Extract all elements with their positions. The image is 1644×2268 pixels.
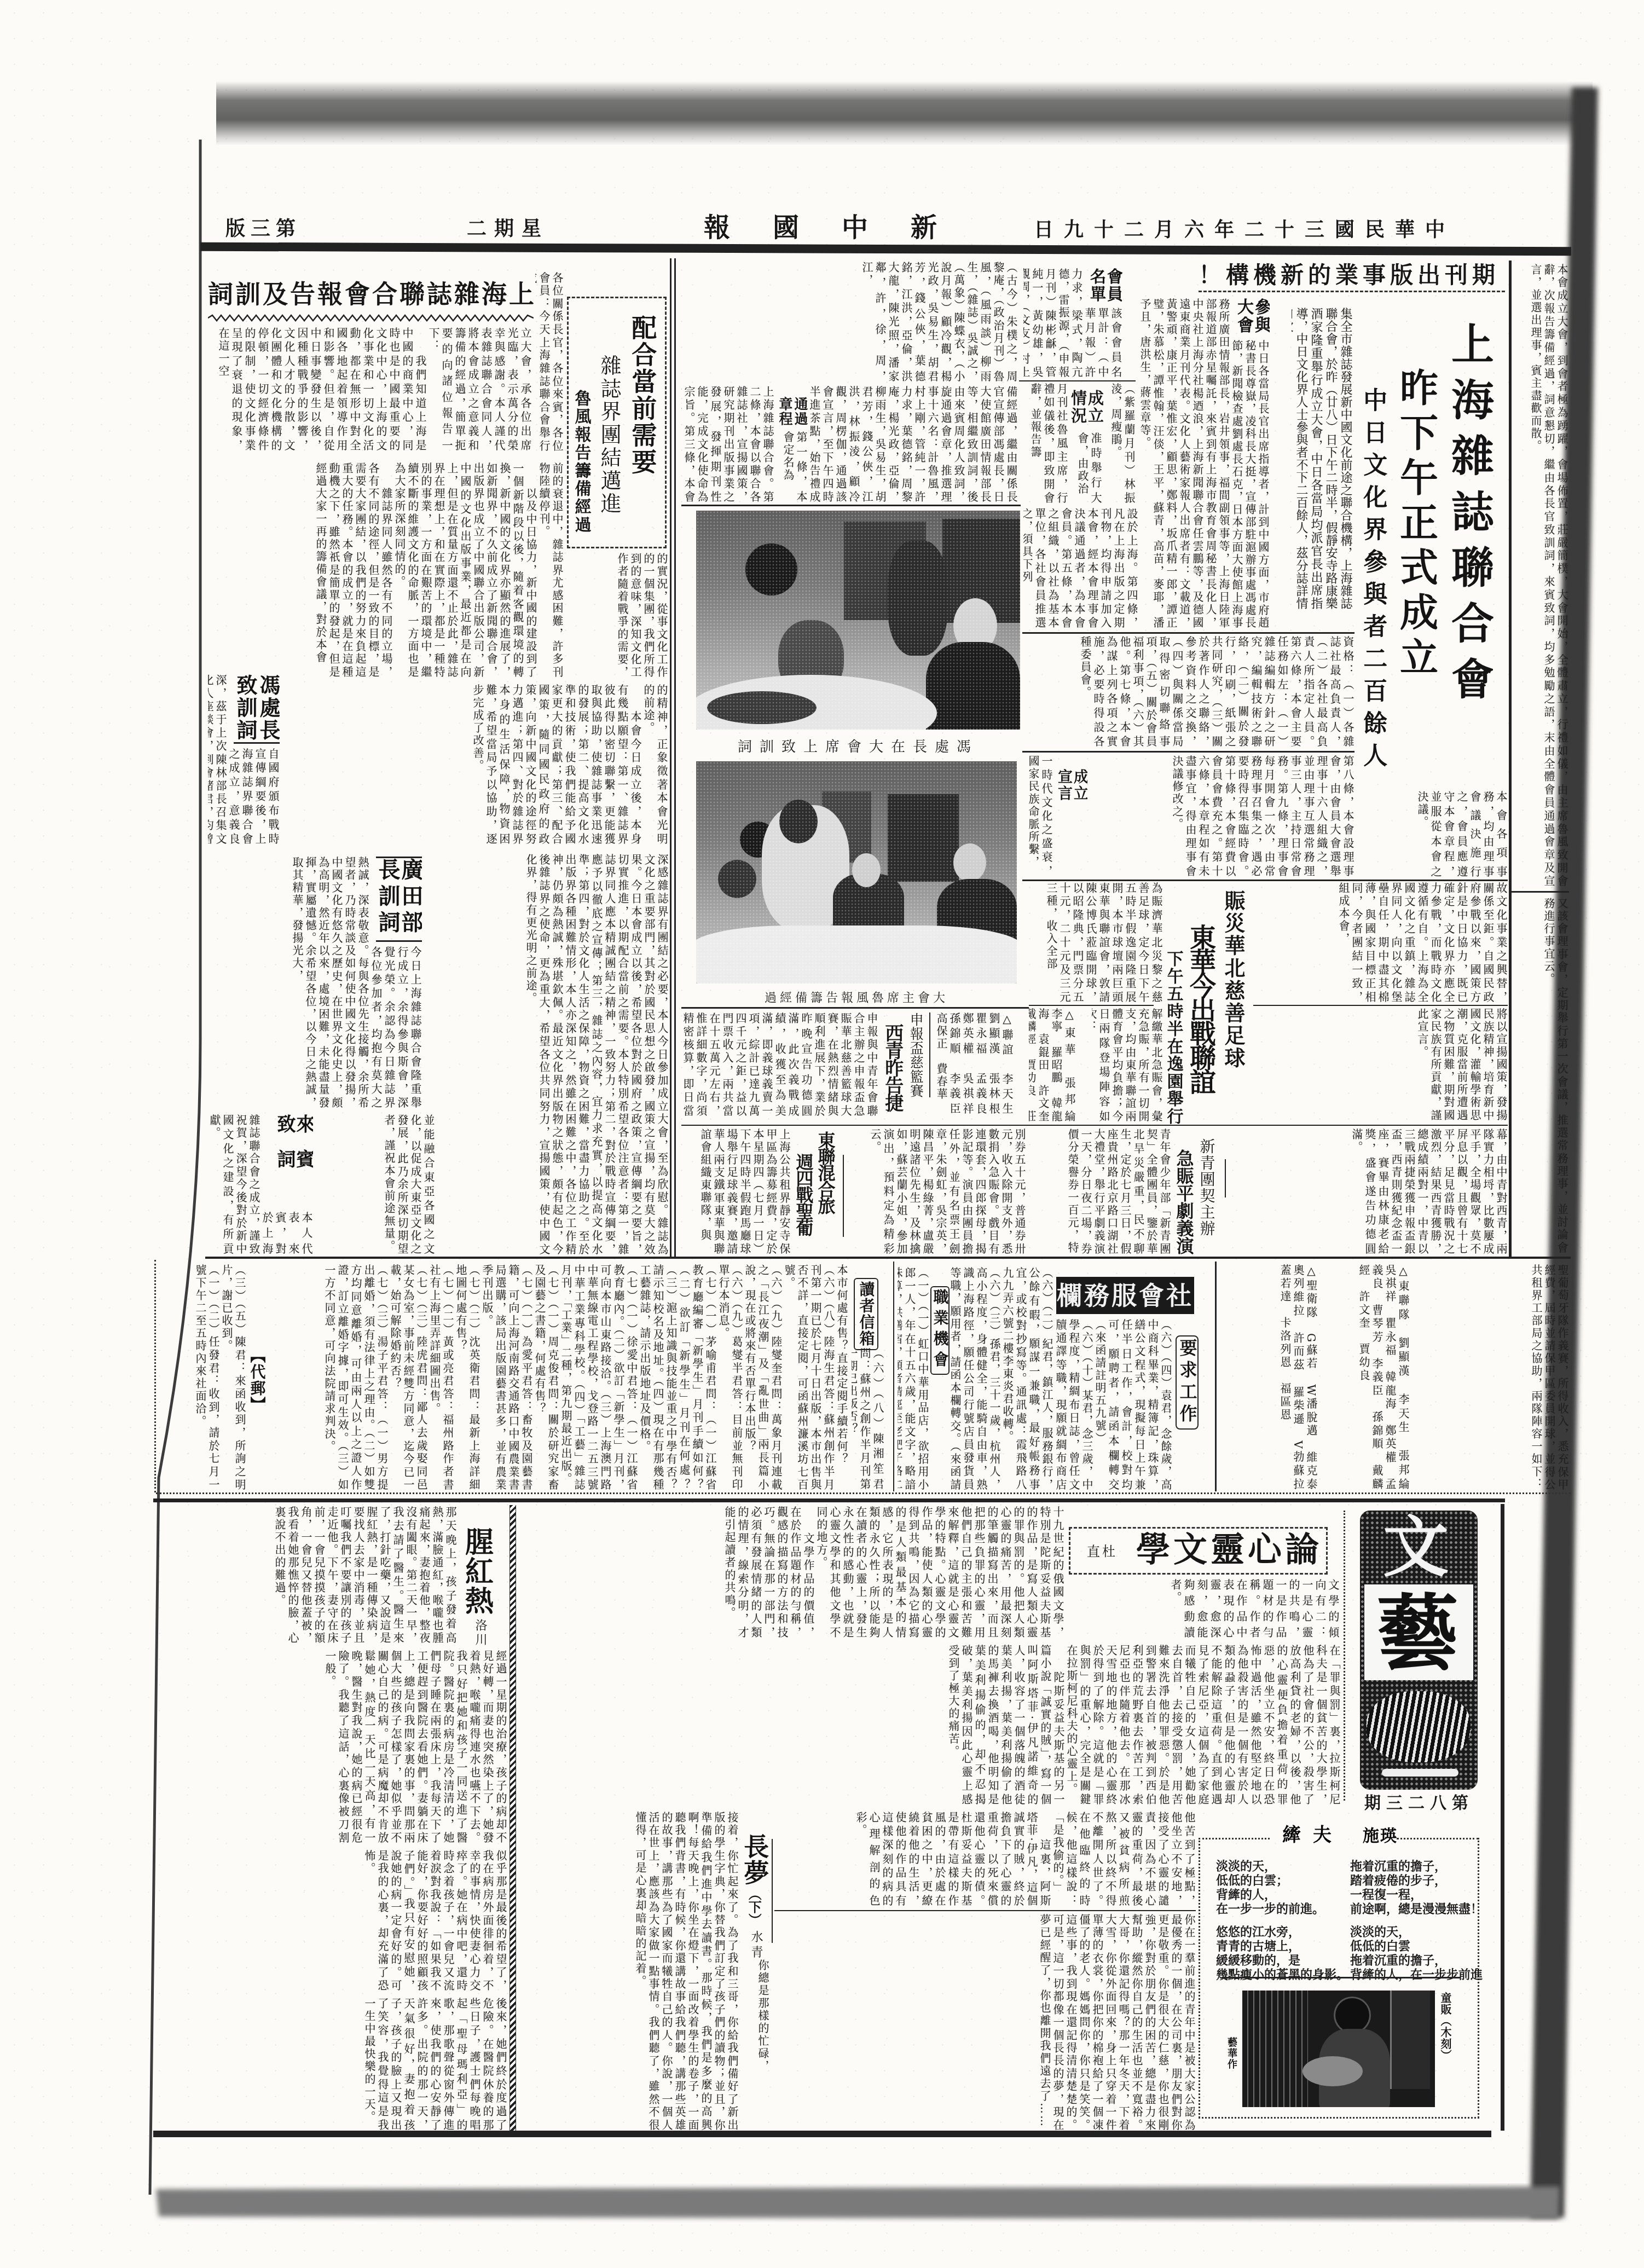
declaration-body: 故文化事業之興替，關係至鉅。自國民政府參戰以來，國策方針是中日協力，既已確定，文… [1253,882,1508,1004]
donglian-kicker: 東聯混合旅 [816,1131,835,1213]
literary-masthead: 文 藝 [1360,1511,1478,1790]
flag-shape [740,821,776,858]
report-box-subtitle: 雜誌界團結邁進 [598,355,620,516]
column-rule [893,1262,894,1491]
postal-heading: 【代郵】 [249,1347,265,1413]
figure [778,620,844,697]
speech-feng-continued: 深感雜誌界有團結之必要，本人今日參加成立大會，至為欣慰。雜誌為文化之重要部門，其… [438,854,669,1256]
table [707,691,817,724]
poem-title: 縴夫 [1282,1826,1344,1844]
charter-body: 第一條，本會定名為 [777,431,808,504]
declaration-body: 將以宣揚國策，發揚民族精神，培育新中國文化，灌輸學術思潮，克服當前所遭遇之物質困… [1253,1008,1508,1122]
basketball-body: 申報與中青年會聯合主辦之申報盃急賑華北慈善籃球大賽，在熱烈情緒與順利進展下，業於… [681,1012,878,1118]
right-column-text: 又該會理事會，定期舉行第一次會議，推選常務理事，並討論會務進行事宜云。 [1515,898,1568,1254]
essay-text: 十九世紀的俄國文學，特別是陀斯妥益夫斯基的作品，是寫人類心靈的罪與罰的。他把人類… [517,1506,1064,1639]
column-rule [929,1012,930,1097]
mailbox-heading: 讀者信箱 [854,1278,878,1350]
tiger-icon [1367,1691,1471,1762]
main-subheadline: 中日文化界參與者二百餘人 [1360,387,1385,775]
right-column-rule [1509,261,1512,1257]
report-paragraph: 前的衰退中，雜誌界尤感困難，許多刊物陸續停刊。 以及中日協力，新中國的建設到了一… [208,462,564,679]
main-headline: 上海雜誌聯合會 [1446,322,1491,713]
section-rule [1022,751,1354,753]
members-block: 會員名單該會會員名單計：（中華月報）許力求，梁式，陶亢德，雷振源，（申報月刊）陳… [1023,268,1136,379]
poem-line: 悠悠的江水旁， [1216,1925,1348,1940]
figure [926,642,1020,730]
report-box-title: 配合當前需要 [629,315,656,476]
lineup-lianyi: △聯誼 李天生 劉顯漢 張林根 瞿永福 孟義良 鄭英權 吳祺祥 孫錦順 李義臣 … [933,1012,1027,1115]
figure [852,853,881,887]
poem-author: 施瑛 [1363,1828,1398,1844]
poem-rule [1222,1977,1460,1978]
column-rule [1215,1262,1217,1491]
poem-line: 背縴的人， [1216,1888,1324,1902]
story2-part: （下） [746,1887,760,1926]
declaration-heading: 成立宣言 [1055,769,1087,803]
essay-author: 杜直 [1087,1545,1118,1558]
section-rule [1253,1005,1508,1006]
story1-title: 腥紅熱 [461,1527,491,1616]
poem-line: 緩緩移動的，是 [1216,1954,1348,1968]
lineup-team: △聯誼 [1000,1012,1014,1059]
basketball-body-end: 幕，由中青對西青，兩隊實力相埒，比數屢成平手，全場觀眾，莫不屏息以觀，且曾有十七… [1229,1129,1508,1255]
issue-number: 第八二三期 [1364,1795,1474,1812]
football-body: 解繳華北急賑會，彙充急賑，所有一切開支，均由東華聯誼兩體育會平均負擔；今日兩隊登… [1092,1008,1163,1123]
story2-text: 接着，你忙起來了。為了我和三哥，你給我們備好了新出版的學生字典，你替我們訂定了孩… [517,1812,739,2132]
essay-text: 文學的傾向有二：一是心靈的共鳴，一是作品題材的勻稱。作者在作品中表現的心靈，愈深… [1069,1579,1340,1639]
poem-line: 背縴的人，在一步步前進 [1350,1968,1483,1982]
section-rule [1022,880,1508,881]
football-headline: 東華今出戰聯誼 [1186,924,1214,1092]
section-rule [774,1910,1196,1911]
declaration-body: 一時代文化之盛衰，國家民族命脈所繫， [1029,755,1053,878]
poem-line: 淡淡的天， [1350,1925,1483,1940]
attendance-body: 中日各當局長官出席指導者，計到中國方面，市府趙秘書長尊嶽，凌科長大挺，宣傳部駐滬… [1139,298,1270,629]
woodcut-basket [1303,2056,1363,2086]
woodcut-image [1242,1991,1435,2107]
speech-hirota-continued: 並能融合東亞各國之文化，以促成大東亞文化之發展，此乃余所深切期望者，謹祝本會前途… [328,1114,435,1255]
story2-title: 長夢 [742,1833,768,1886]
section-rule [1029,1005,1154,1006]
charter-body: 資格：（一）各雜誌社最高負責人，（二）各社最高負責人所指定人員。第六條，本會主要… [1029,636,1354,748]
poem-line: 低低的白雲； [1216,1874,1324,1888]
opera-headline: 急賑平劇義演 [1174,1149,1193,1254]
figure [779,800,818,843]
story-lead: 集全市雜誌發展新中國文化前途之聯合機構，上海雜誌聯合會，於昨（廿八）日下午二時半… [1292,308,1353,610]
woodcut-caption: 童販（木刻） [1439,1992,1451,2061]
football-kicker: 賑災華北慈善足球 [1222,890,1243,1069]
postal-body: （三）（五）陳君：來函收到，所詢之明片，謝已收到。 （一）（二）任發君：收到，請… [164,1264,246,1491]
frame-right [1501,1504,1504,2131]
column-rule [1225,1159,1226,1197]
speech-hirota-heading: 廣田部長訓詞 [376,857,422,942]
proceedings-body: 月刊社魯風主席，行禮如儀後，即致開會辭，並報告籌 [1023,383,1068,505]
band-border [154,1260,156,1492]
masthead-char-wen: 文 [1383,1515,1449,1581]
job-offers-heading: 職業機會 [930,1286,950,1375]
donglian-headline: 週四戰聖葡 [794,1153,813,1235]
column-double-rule [670,258,672,1257]
column-double-rule [674,258,676,1257]
charter-body: 設於上海。第四條，凡在上海出版之定期刊物，均得申請加入本會，經本會理事會決議通過… [1023,508,1138,629]
section-rule [681,1125,1508,1126]
table [696,925,1017,983]
report-opening: 各位關係長官，各位來賓，各位會員：今天上海雜誌聯合會舉行成 [535,272,564,453]
issue-date: 中華民國三十二年六月二十九日 [1034,220,1455,240]
football-subheadline: 下午五時半在逸園舉行 [1165,950,1182,1125]
report-paragraph: 的實況，從事文化工作的一個集團，我們所得到的意味，深知文化工作者隨着戰爭的需要， [567,553,668,679]
section-rule [153,1498,1505,1502]
essay-text: 在「罪與罰」裏，拉斯柯尼科夫是一個貧苦的大學生，他為了社會的不公，殺害了放高利貸… [517,1645,1341,1806]
poem-line: 拖着沉重的擔子， [1350,1954,1483,1968]
charter-heading: 通過章程 [777,397,808,427]
job-wanted-heading: 要求工作 [1176,1335,1199,1430]
members-heading: 會員名單 [1089,268,1122,304]
report-paragraph: 立大會，承各位出席光臨，表示萬分的榮幸與感謝。本人謹代表雜誌聯合會同人，將本會成… [208,327,532,452]
figure [937,879,1017,950]
photo-speech [696,511,1020,730]
speech-feng-heading: 馮處長致訓詞 [234,674,280,744]
charter-body: 上海雜誌聯合會。第二條，本會以聯合各雜誌社，宣揚國策，研究期刊出版事業之發展，發… [681,386,774,504]
page-number: 第三版 [225,219,301,239]
mailbox-body: 本市何處有售？直接定閱手續若何？ （六）（八）陸海生君答：蘇州創作半月刊第一期已… [274,1264,848,1491]
football-body: 為賑濟華北災黎之慈善足球，定今日下午五時半假逸園隆重展開，本市球壇兩巨頭東華與聯… [1029,882,1163,1004]
lineup-team: △東聯隊 [1397,1264,1410,1323]
speech-hirota-block: 廣田部長訓詞今日上海雜誌聯合會隆重舉行成立，余得參與斯會，深覺光榮。余認為今日雜… [208,857,435,1109]
essay-title: 論心靈文學 [1136,1533,1322,1567]
members-continued: （古今）朱樸之，周黎庵，（政治月刊）魯風，（風雨談）柳雨生，（雜誌）吳誠之，（萬… [681,262,1018,383]
section-rule [205,1257,1571,1259]
story1-text: 經過一星期的治療，孩子的病却不見好轉，而妻也突然染上了，她發着熱，喉嚨痛得連水也… [154,1650,507,1844]
figure [762,805,849,931]
woodcut-figure [1335,1998,1369,2032]
figure [833,873,904,934]
poem-line: 淡淡的天， [1216,1860,1324,1874]
basketball-headline: 西青昨告捷 [882,1023,902,1111]
report-headline: 上海雜誌聯合會報告及訓詞 [208,281,536,306]
attendance-heading: 參與大會 [1235,298,1270,335]
poem-line: 一程復一程， [1350,1888,1483,1902]
frame-bottom [153,2131,1491,2137]
story2-author: 水青 [750,1930,762,1961]
band-rule [156,1492,1571,1494]
job-wanted-body: （六）（二）紀君，鎮江人，服務銀行，公餘有暇，願謀一兼職，最好帳務事宜，或校對抄… [950,1267,1053,1491]
woodcut-streaks [1242,1991,1308,2107]
mailbox-body: （六）（八）陳湘笙君問：蘇州之創作半月刊第一期已出版否？ [852,1347,884,1491]
job-offers-body: （一）（一）虹口中華用品店，欲招用小郎一人，年在十五六歲，能文字，略諳珠算，供膳… [898,1267,929,1491]
story1-text: 那天晚上，孩子發着高熱，滿臉通紅，喉嚨也腫痛起來，妻抱着他，整夜沒有闔眼。第二天… [154,1506,457,1645]
opera-kicker: 新青團契主辦 [1199,1138,1214,1237]
masthead-bar [1382,1769,1458,1777]
lineup-shengwei: △聖衛隊 G蘇若 W潘脫邁 維克泰 奧列維拉 許而茲 羅柴遜 V勃蘇拉 蓋若達 … [1222,1264,1331,1491]
story2-text: 你在一羣前進的青年中是被大家公認為最優秀的一個，在公司裏，朋友們對你更是敬重。你… [774,1914,1196,2132]
figure [888,541,948,656]
report-paragraph: 的精神，正象徵著本會光明的前途。 本會今日成立後，本身有幾點願望：第一、雜誌界彼… [298,684,668,846]
lineup-team: △東華 [1063,1008,1076,1061]
poem-border [1199,1838,1270,1839]
poem-stanza: 淡淡的天， 低低的白雲； 背縴的人， 在一步一步的前進。 [1216,1860,1324,1917]
poem-stanza: 淡淡的天， 低低的白雲 拖着沉重的擔子， 背縴的人，在一步步前進 [1350,1925,1483,1982]
photo-report [696,761,1017,983]
story1-text: 後來，她們終於度過了危險。在醫院休養的那些日子，護士們每晚唱起「聖母瑪利亞」的歌… [154,1998,507,2132]
table [696,675,937,730]
speech-guest-heading: 來賓致詞 [275,1114,313,1208]
woodcut-credit: 藝華作 [1226,2037,1236,2070]
paper-name: 新中國報 [704,215,980,241]
banner-rule [1199,291,1505,292]
poem-border [1397,1838,1479,1839]
donglian-body-continued: 聖葡萄牙隊作義賽，所得收入，悉充保甲經費，屆時並請保甲區委員開球，並得公共租界工… [1426,1264,1569,1491]
poem-stanza: 悠悠的江水旁， 青青的古塘上， 緩緩移動的，是 幾點瘦小的蒼黑的身影。 [1216,1925,1348,1982]
poem-line: 拖着沉重的擔子， [1350,1860,1483,1874]
social-service-title: 社會服務欄 [1056,1277,1194,1314]
photo-caption: 大會主席魯風報告籌備經過 [696,988,1017,1005]
job-wanted-body: （六）（四）袁君，念餘歲，高中商科畢業，精簿記，珠算，繕公文程式，現擬每日上午兼… [1056,1319,1172,1491]
column-rule [772,1839,773,1943]
lineup-donglian: △東聯隊 劉顯漢 李天生 張邦綸 吳祺祥 瞿永福 韓龍海 鄭英權 孟義良 曹琴芳… [1335,1264,1423,1491]
woodcut-door [1390,1991,1430,2089]
section-rule [1022,632,1354,634]
figure [953,843,986,882]
photo-caption: 馮處長在大會席上致訓詞 [696,736,1020,756]
essay-text: 他苦到了極點，他坐立不安地，接受了心靈的譴責，因為不堪心靈的重荷，最後又被貧病所… [774,1812,1196,1907]
speech-feng-block: 馮處長致訓詞自國府頒布戰時宣傳綱要後，上海雜誌界聯合會之成立，意義良深，茲于上次… [208,674,293,846]
portrait-frame [844,522,926,620]
flag-shape [745,543,797,595]
right-column-text: 本會成立大會，到會者極為踴躍，會場佈置，莊嚴簡樸，大會開始，全體肅立，行禮如儀，… [1515,264,1568,888]
poem-line: 在一步一步的前進。 [1216,1902,1324,1917]
story1-text: 似乎那是最後的希望了，我在病房外面徘徊着，不幸的事情，快使妻心力交瘁了。她在病中… [154,1850,507,1992]
poem-border [1199,2117,1479,2119]
poem-line: 踏着疲倦的步子， [1350,1874,1483,1888]
section-rule [681,505,1021,506]
story-banner: 期刊出版事業的新機構！ [1199,264,1500,287]
opera-body-continued: 別券五十元，普通券卅元，收入除開支外，悉數捐入急賑會。戲目有連環套，四郎探母，揭… [848,1129,1026,1255]
masthead-border [1344,1511,1345,1801]
rope-rule [510,1505,516,2131]
column-rule [843,1155,844,1237]
basketball-kicker: 申報盃慈籃賽 [908,1012,923,1098]
masthead-char-yi: 藝 [1376,1593,1458,1675]
essay-heading-box: 論心靈文學 杜直 [1069,1527,1328,1575]
opera-body: 青年會少年部「新青團契」全體團員，鑒於華北旱災嚴重，民不聊生，定於七月三日，假座… [1029,1129,1171,1255]
poem-line: 青青的古塘上， [1216,1940,1348,1954]
section-rule [681,1007,1029,1009]
figure [718,860,756,898]
poem-line: 前途啊，總是漫漫無盡！ [1350,1902,1483,1917]
story1-author: 洛川 [474,1619,487,1647]
donglian-body: 上海公共租界靜安寺保甲區為籌募經費，定於本星期四（七月一日）下午四時半假跑馬廳球… [681,1129,791,1255]
portrait-frame [822,791,871,863]
poem-line: 低低的白雲 [1350,1940,1483,1954]
proceedings-heading: 成立情況 [1069,390,1103,426]
portrait-frame [888,794,959,882]
report-box-byline: 魯風報告籌備經過 [572,390,590,534]
proceedings-continued: 備經過，繼由關係長官宣傳部馮處長，日大使館廣田情報部長等，相繼致訓詞，後由來賓周… [810,386,1018,504]
right-column-break [1512,891,1569,893]
lineup-donghua: △東華 張邦綸 李寧 羅昭鵬 韓龍海 袁錕田 許文奎 戴麟經 賈幼良 莊友仁 梁… [1029,1008,1089,1123]
members-end: （紫羅蘭月刊）林振淩，周瘦鵑。 [1104,383,1136,505]
proceedings-body: 准時舉行大會，由政治 [1069,432,1102,505]
wavy-rule [208,314,534,322]
poem-stanza: 拖着沉重的擔子， 踏着疲倦的步子， 一程復一程， 前途啊，總是漫漫無盡！ [1350,1860,1483,1917]
poem-line: 幾點瘦小的蒼黑的身影。 [1216,1968,1348,1982]
figure [953,598,997,653]
lineup-team: △聖衛隊 [1305,1264,1318,1320]
section-rule [1019,380,1136,381]
charter-body: 第八條，本會設理事會，由會員大會選舉理事十六人組織之，並由理事互選常務理事三人，… [1090,755,1354,878]
poem-border [1199,1838,1200,2118]
attendance-block: 參與大會中日各當局長官出席指導者，計到中國方面，市府趙秘書長尊嶽，凌科長大挺，宣… [1139,298,1283,629]
main-headline-2: 昨下午正式成立 [1396,368,1436,682]
speech-guest-block: 來賓致詞本人代表來賓，對於上海雜誌聯合會之成立，謹致祝賀，深望今後對於新中國文化… [208,1114,326,1255]
portrait-frame [942,519,1020,623]
story2-text: 你總是那樣的忙碌， [742,1959,769,2132]
charter-body: 本會各項事務，均由理事會議決施行之，會員應遵守本會章程，並服從本會之決議。 [1357,791,1508,878]
weekday: 星期二 [467,219,549,239]
